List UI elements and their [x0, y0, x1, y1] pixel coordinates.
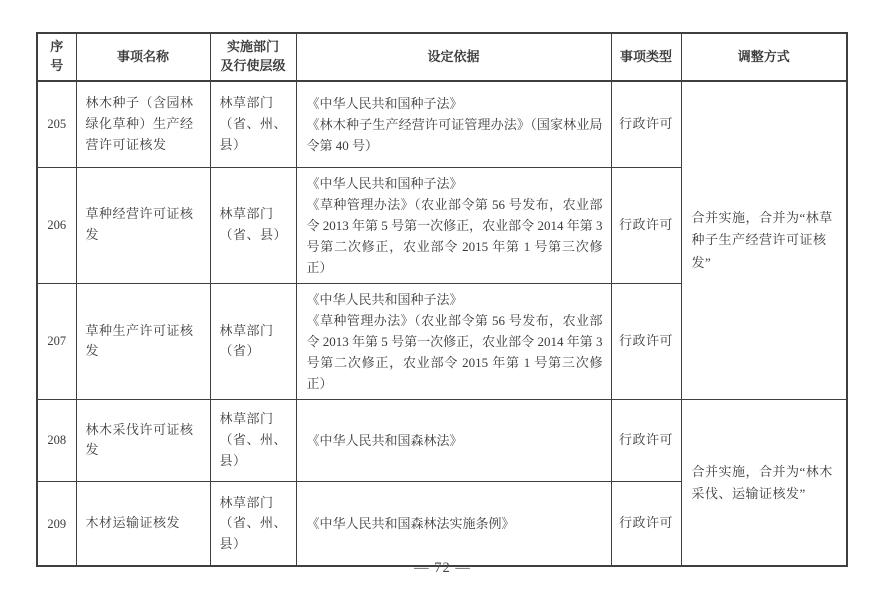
cell-item-name: 木材运输证核发	[76, 481, 210, 566]
cell-department: 林草部门（省）	[210, 283, 296, 399]
cell-seq: 205	[37, 81, 76, 167]
header-adjustment: 调整方式	[681, 33, 847, 81]
cell-department: 林草部门（省、州、县）	[210, 481, 296, 566]
cell-seq: 208	[37, 399, 76, 481]
cell-basis: 《中华人民共和国种子法》 《林木种子生产经营许可证管理办法》（国家林业局令第 4…	[296, 81, 611, 167]
cell-item-name: 草种经营许可证核发	[76, 167, 210, 283]
header-basis: 设定依据	[296, 33, 611, 81]
cell-basis: 《中华人民共和国森林法》	[296, 399, 611, 481]
cell-basis: 《中华人民共和国种子法》 《草种管理办法》（农业部令第 56 号发布，农业部令 …	[296, 283, 611, 399]
cell-basis: 《中华人民共和国种子法》 《草种管理办法》（农业部令第 56 号发布，农业部令 …	[296, 167, 611, 283]
table-row: 208 林木采伐许可证核发 林草部门（省、州、县） 《中华人民共和国森林法》 行…	[37, 399, 847, 481]
cell-item-name: 林木采伐许可证核发	[76, 399, 210, 481]
table-row: 205 林木种子（含园林绿化草种）生产经营许可证核发 林草部门（省、州、县） 《…	[37, 81, 847, 167]
header-item-name: 事项名称	[76, 33, 210, 81]
header-row: 序 号 事项名称 实施部门 及行使层级 设定依据 事项类型 调整方式	[37, 33, 847, 81]
cell-item-name: 林木种子（含园林绿化草种）生产经营许可证核发	[76, 81, 210, 167]
approval-items-table: 序 号 事项名称 实施部门 及行使层级 设定依据 事项类型 调整方式 205 林…	[36, 32, 848, 567]
cell-seq: 206	[37, 167, 76, 283]
cell-adjustment-merged: 合并实施，合并为“林木采伐、运输证核发”	[681, 399, 847, 566]
cell-department: 林草部门（省、州、县）	[210, 399, 296, 481]
page-number: — 72 —	[0, 560, 885, 577]
cell-item-name: 草种生产许可证核发	[76, 283, 210, 399]
header-department: 实施部门 及行使层级	[210, 33, 296, 81]
cell-item-type: 行政许可	[611, 283, 681, 399]
cell-department: 林草部门（省、县）	[210, 167, 296, 283]
cell-department: 林草部门（省、州、县）	[210, 81, 296, 167]
cell-item-type: 行政许可	[611, 481, 681, 566]
cell-adjustment-merged: 合并实施，合并为“林草种子生产经营许可证核发”	[681, 81, 847, 399]
cell-basis: 《中华人民共和国森林法实施条例》	[296, 481, 611, 566]
document-page: 序 号 事项名称 实施部门 及行使层级 设定依据 事项类型 调整方式 205 林…	[0, 0, 885, 600]
cell-seq: 207	[37, 283, 76, 399]
cell-seq: 209	[37, 481, 76, 566]
cell-item-type: 行政许可	[611, 399, 681, 481]
header-item-type: 事项类型	[611, 33, 681, 81]
header-seq: 序 号	[37, 33, 76, 81]
cell-item-type: 行政许可	[611, 167, 681, 283]
cell-item-type: 行政许可	[611, 81, 681, 167]
